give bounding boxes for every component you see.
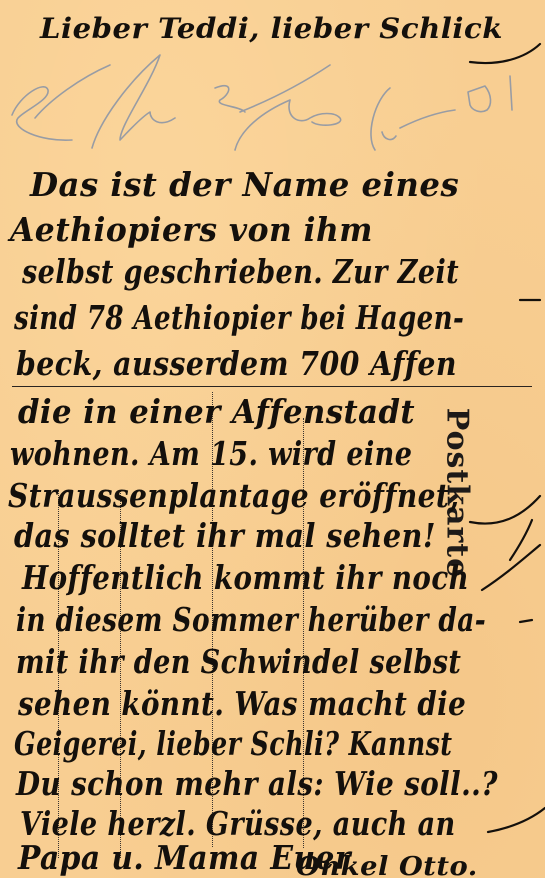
- letter-line: Du schon mehr als: Wie soll..?: [16, 764, 498, 803]
- letter-line: Das ist der Name eines: [30, 165, 459, 204]
- printed-divider-line: [12, 386, 532, 387]
- letter-line: selbst geschrieben. Zur Zeit: [22, 252, 459, 291]
- postcard: Lieber Teddi, lieber Schlick Postkarte D…: [0, 0, 545, 878]
- letter-line: sehen könnt. Was macht die: [18, 684, 466, 723]
- letter-line: beck, ausserdem 700 Affen: [16, 344, 457, 383]
- letter-greeting: Lieber Teddi, lieber Schlick: [40, 12, 503, 45]
- letter-line: in diesem Sommer herüber da-: [16, 600, 486, 639]
- letter-line: sind 78 Aethiopier bei Hagen-: [14, 298, 464, 337]
- letter-line: mit ihr den Schwindel selbst: [16, 642, 461, 681]
- letter-line: Hoffentlich kommt ihr noch: [22, 558, 469, 597]
- letter-signature: Onkel Otto.: [296, 852, 478, 878]
- letter-line: Aethiopiers von ihm: [10, 210, 373, 249]
- letter-line: wohnen. Am 15. wird eine: [10, 434, 412, 473]
- letter-line: Geigerei, lieber Schli? Kannst: [14, 724, 452, 763]
- letter-line: das solltet ihr mal sehen!: [14, 516, 436, 555]
- letter-line: die in einer Affenstadt: [18, 392, 415, 431]
- letter-line: Straussenplantage eröffnet,: [8, 476, 459, 515]
